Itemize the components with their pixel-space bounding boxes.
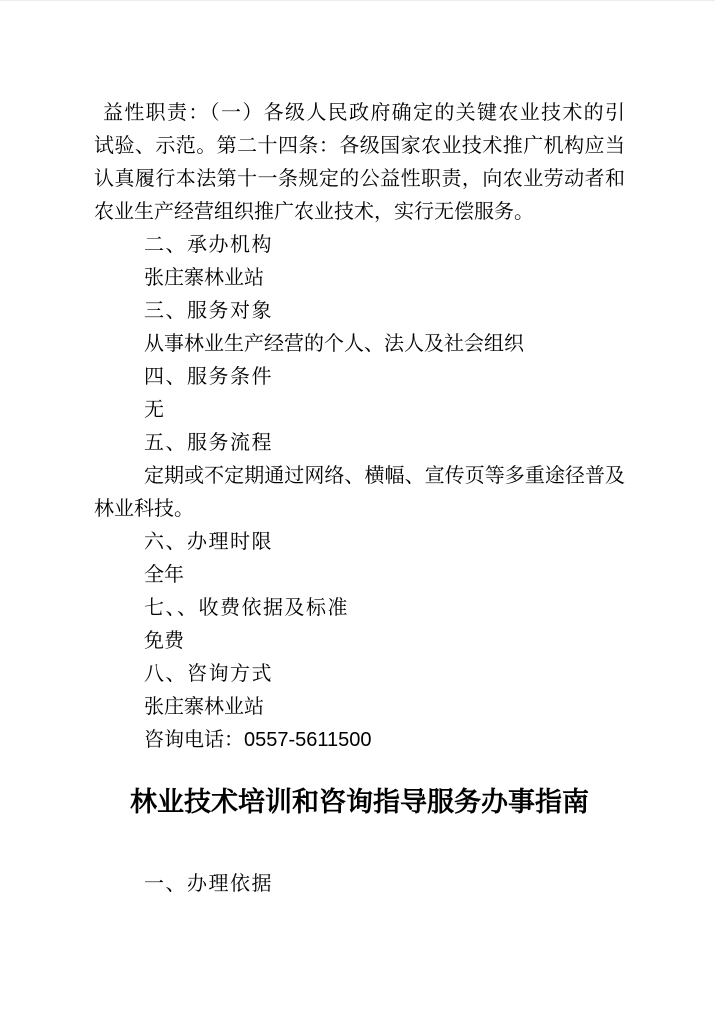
section-heading: 八、咨询方式 [94,658,625,691]
section-content: 定期或不定期通过网络、横幅、宣传页等多重途径普及 [94,460,625,493]
document-page: 益性职责：（一）各级人民政府确定的关键农业技术的引进、 试验、示范。第二十四条：… [0,0,715,1011]
section-content: 免费 [94,625,625,658]
intro-paragraph-line: 农业生产经营组织推广农业技术，实行无偿服务。 [94,196,625,229]
section-content: 无 [94,394,625,427]
section-heading: 二、承办机构 [94,229,625,262]
section-content: 全年 [94,559,625,592]
intro-paragraph-line: 认真履行本法第十一条规定的公益性职责，向农业劳动者和 [94,163,625,196]
section-content: 林业科技。 [94,493,625,526]
section-heading: 五、服务流程 [94,427,625,460]
document-content: 益性职责：（一）各级人民政府确定的关键农业技术的引进、 试验、示范。第二十四条：… [94,97,625,901]
document-title: 林业技术培训和咨询指导服务办事指南 [94,779,625,825]
section-heading: 四、服务条件 [94,361,625,394]
section-content: 张庄寨林业站 [94,691,625,724]
section-heading: 三、服务对象 [94,295,625,328]
phone-line: 咨询电话：0557-5611500 [94,724,625,757]
section-content: 张庄寨林业站 [94,262,625,295]
section-heading: 七、、收费依据及标准 [94,592,625,625]
section-content: 从事林业生产经营的个人、法人及社会组织 [94,328,625,361]
intro-paragraph-line: 益性职责：（一）各级人民政府确定的关键农业技术的引进、 [94,97,625,130]
intro-paragraph-line: 试验、示范。第二十四条：各级国家农业技术推广机构应当 [94,130,625,163]
section-heading: 一、办理依据 [94,868,625,901]
section-heading: 六、办理时限 [94,526,625,559]
